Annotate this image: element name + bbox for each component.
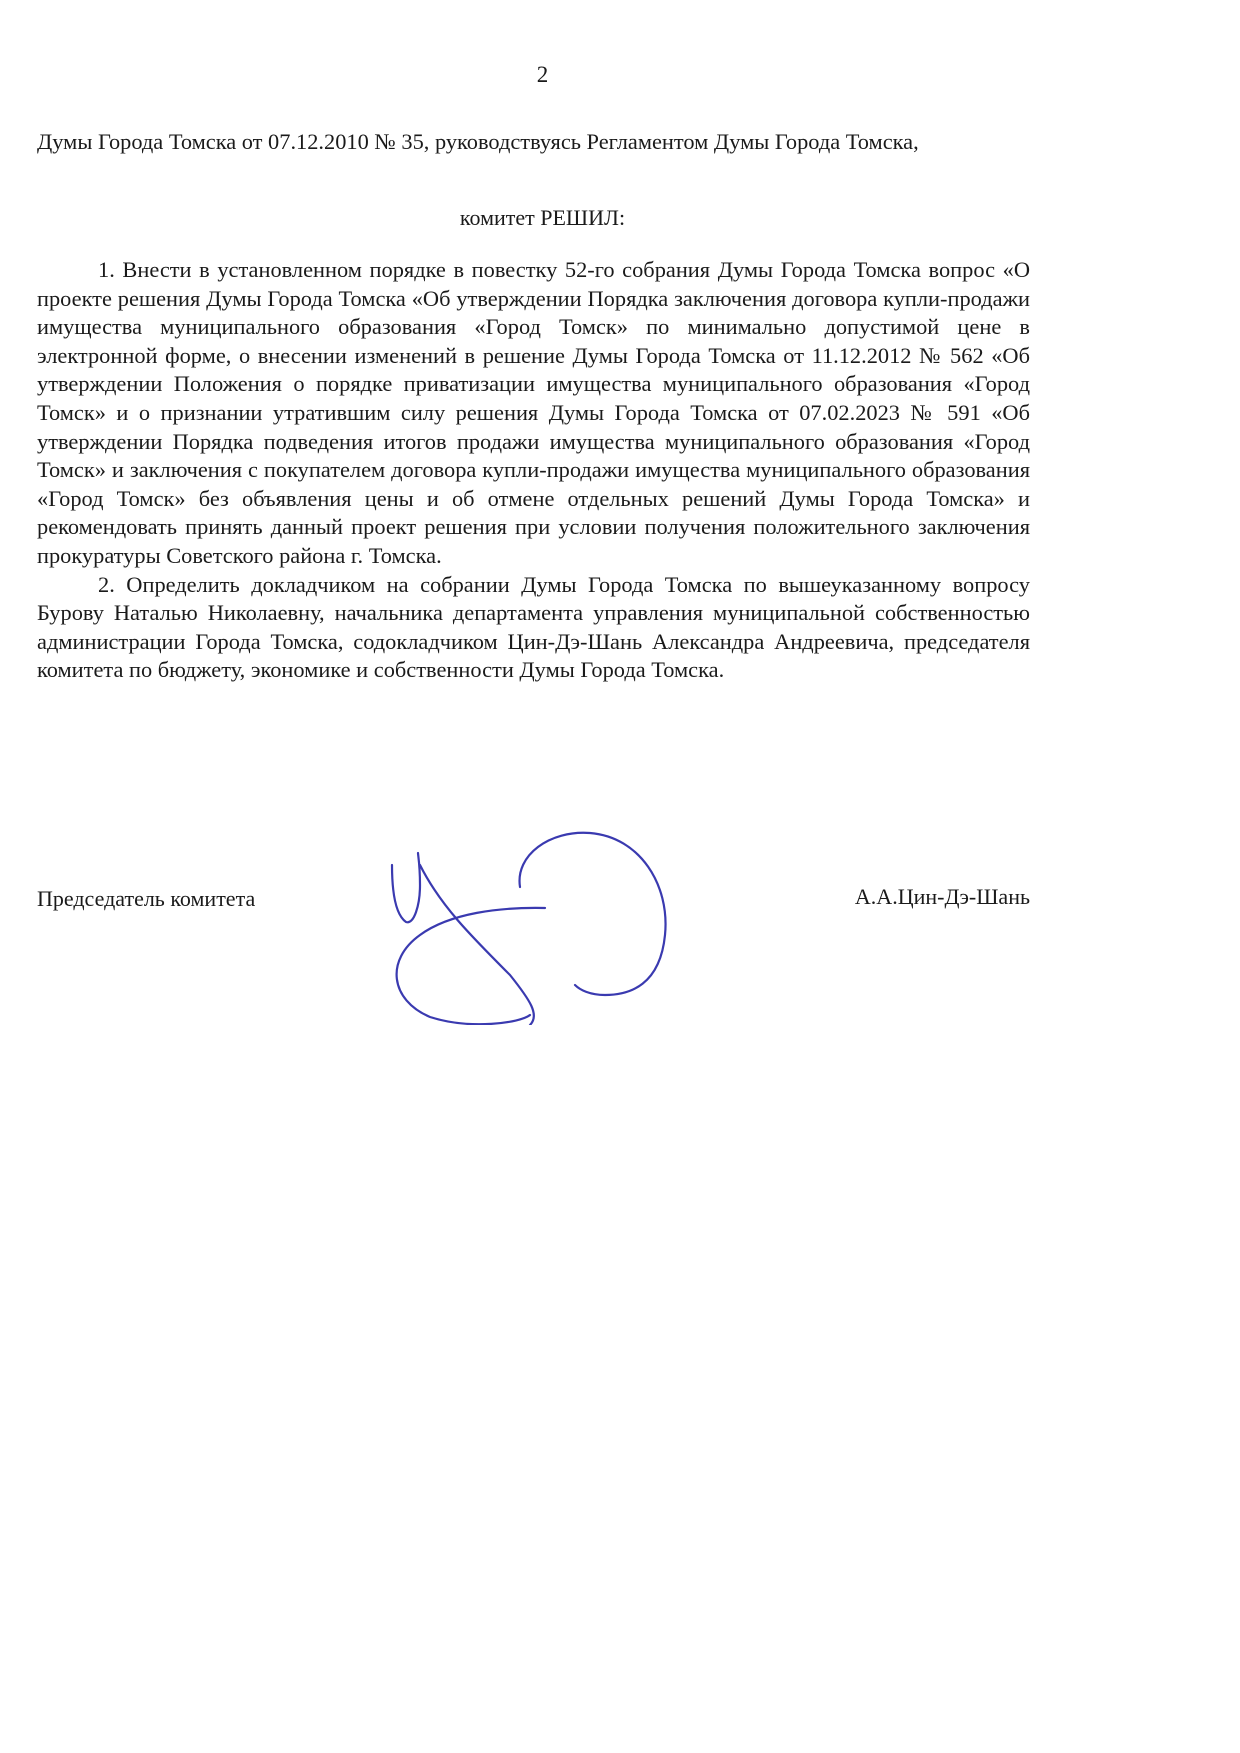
decision-item-2: 2. Определить докладчиком на собрании Ду… xyxy=(37,571,1030,685)
decision-items: 1. Внести в установленном порядке в пове… xyxy=(37,256,1030,685)
intro-text: Думы Города Томска от 07.12.2010 № 35, р… xyxy=(37,128,1030,157)
page-number: 2 xyxy=(0,62,1085,88)
signatory-title: Председатель комитета xyxy=(37,886,255,912)
intro-paragraph: Думы Города Томска от 07.12.2010 № 35, р… xyxy=(37,128,1030,157)
signatory-name: А.А.Цин-Дэ-Шань xyxy=(855,884,1030,910)
decision-item-1: 1. Внести в установленном порядке в пове… xyxy=(37,256,1030,571)
decision-heading: комитет РЕШИЛ: xyxy=(0,205,1085,231)
handwritten-signature-icon xyxy=(340,825,780,1025)
